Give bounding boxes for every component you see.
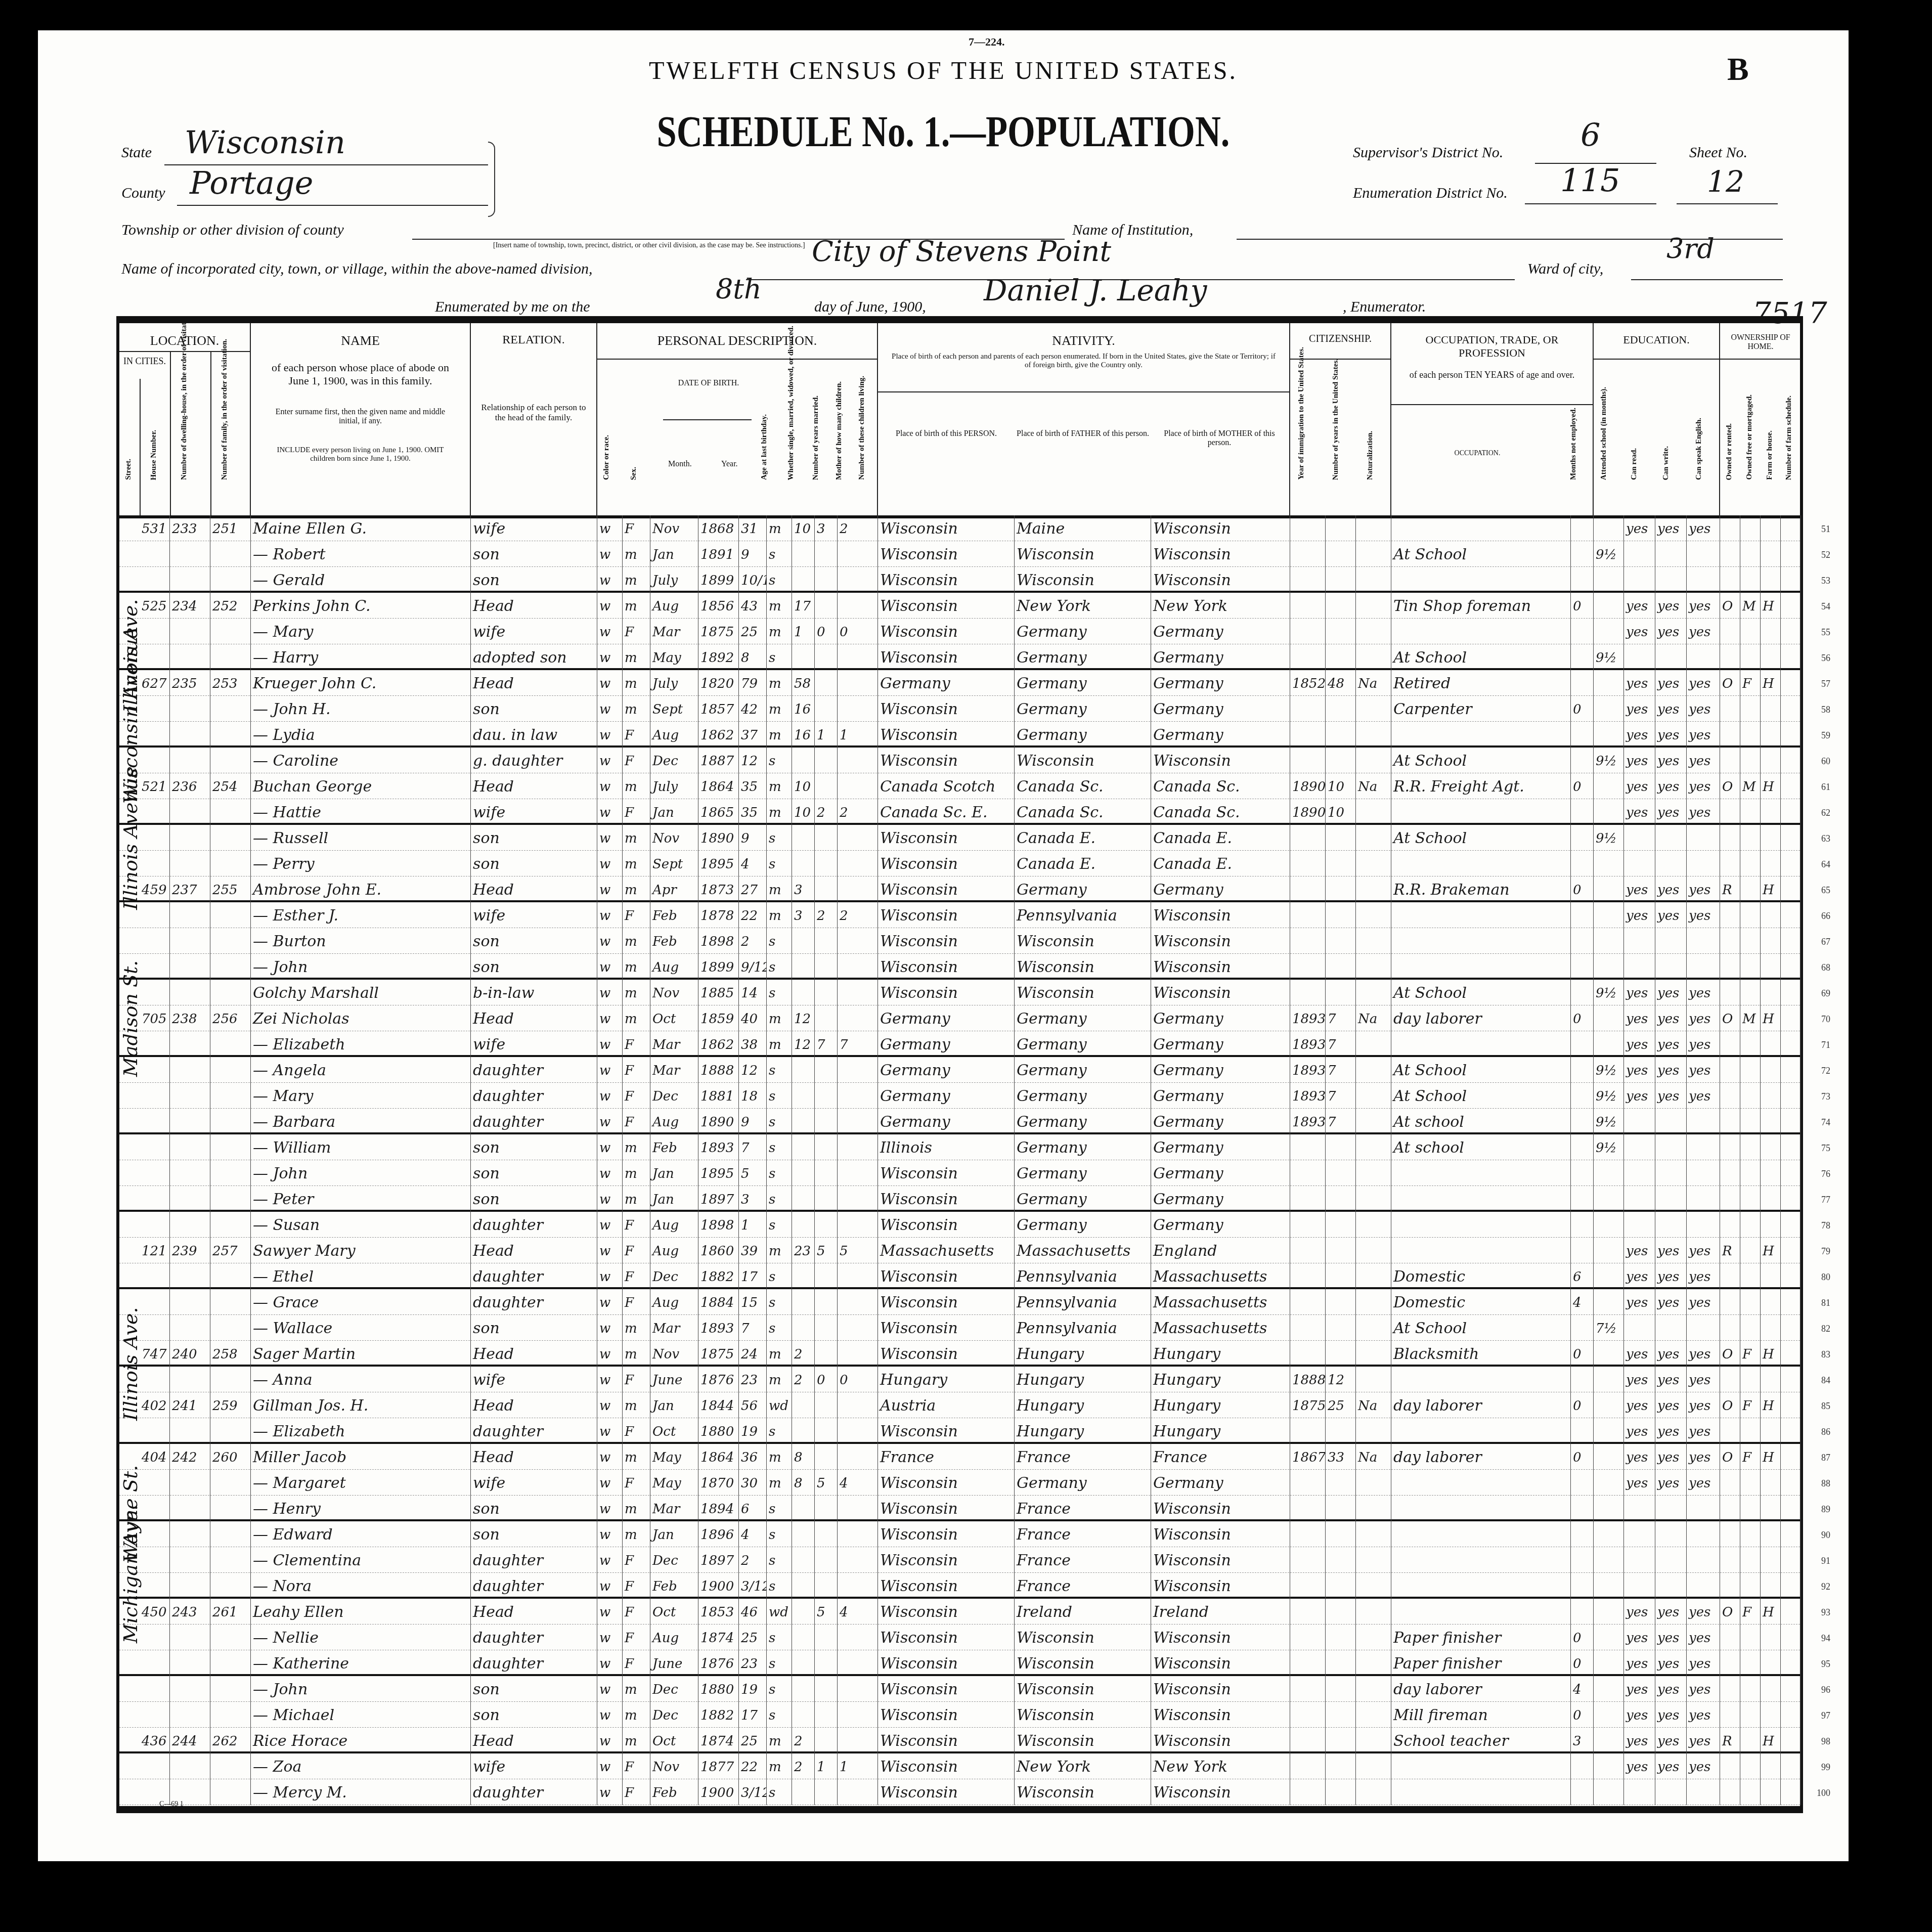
cell-nat xyxy=(1356,696,1391,722)
cell-farm: H xyxy=(1761,1392,1781,1418)
table-row: 83747240258Sager MartinHeadwmNov187524m2… xyxy=(119,1341,1800,1367)
cell-occupation xyxy=(1391,954,1571,980)
cell-dwelling xyxy=(170,799,210,825)
cell-name: — Elizabeth xyxy=(251,1031,471,1057)
cell-color: w xyxy=(597,1470,623,1496)
cell-color: w xyxy=(597,1315,623,1341)
cell-own xyxy=(1720,1083,1740,1109)
line-number: 74 xyxy=(1821,1109,1830,1136)
cell-yrs-us: 7 xyxy=(1326,1031,1356,1057)
cell-occupation: day laborer xyxy=(1391,1392,1571,1418)
cell-pob: Wisconsin xyxy=(878,851,1015,876)
cell-relation: daughter xyxy=(471,1057,597,1083)
cell-pob-father: Germany xyxy=(1015,670,1151,696)
cell-immig xyxy=(1290,1650,1326,1676)
cell-dwelling xyxy=(170,619,210,644)
cell-name: — Margaret xyxy=(251,1470,471,1496)
cell-dwelling: 237 xyxy=(170,876,210,902)
cell-nat xyxy=(1356,541,1391,567)
cell-year: 1885 xyxy=(698,980,739,1005)
cell-write: yes xyxy=(1655,1057,1687,1083)
cell-relation: wife xyxy=(471,515,597,541)
cell-mort xyxy=(1740,1650,1761,1676)
cell-color: w xyxy=(597,1392,623,1418)
cell-write xyxy=(1655,1212,1687,1238)
cell-yrs-married: 2 xyxy=(792,1341,815,1367)
cell-living xyxy=(838,1676,878,1702)
header-nativity: NATIVITY. Place of birth of each person … xyxy=(878,323,1290,515)
cell-pob-father: Germany xyxy=(1015,1109,1151,1134)
cell-yrs-married xyxy=(792,825,815,851)
cell-name: — Michael xyxy=(251,1702,471,1728)
cell-pob: Wisconsin xyxy=(878,1470,1015,1496)
table-row: 65459237255Ambrose John E.HeadwmApr18732… xyxy=(119,876,1800,902)
cell-pob-father: Germany xyxy=(1015,1083,1151,1109)
cell-house xyxy=(140,1160,170,1186)
census-sheet: 7—224. TWELFTH CENSUS OF THE UNITED STAT… xyxy=(38,30,1849,1861)
cell-unemp xyxy=(1571,1238,1594,1263)
cell-marital: s xyxy=(767,1212,792,1238)
cell-yrs-married xyxy=(792,644,815,670)
cell-yrs-us xyxy=(1326,1779,1356,1805)
cell-own xyxy=(1720,722,1740,748)
cell-pob: Wisconsin xyxy=(878,1341,1015,1367)
cell-color: w xyxy=(597,1083,623,1109)
sheet-letter: B xyxy=(1727,51,1749,88)
table-row: 69Golchy Marshallb-in-lawwmNov188514sWis… xyxy=(119,980,1800,1005)
cell-name: Golchy Marshall xyxy=(251,980,471,1005)
cell-occupation xyxy=(1391,1186,1571,1212)
cell-marital: s xyxy=(767,1702,792,1728)
cell-farm xyxy=(1761,696,1781,722)
cell-school xyxy=(1594,1418,1624,1444)
cell-marital: s xyxy=(767,644,792,670)
cell-pob-mother: France xyxy=(1151,1444,1290,1470)
cell-pob: Wisconsin xyxy=(878,1521,1015,1547)
cell-mort xyxy=(1740,1496,1761,1521)
cell-pob-father: Germany xyxy=(1015,619,1151,644)
cell-mort xyxy=(1740,1057,1761,1083)
cell-house xyxy=(140,541,170,567)
cell-relation: son xyxy=(471,1676,597,1702)
cell-pob-mother: Wisconsin xyxy=(1151,980,1290,1005)
cell-month: July xyxy=(650,773,698,799)
cell-speak: yes xyxy=(1687,1676,1720,1702)
cell-speak: yes xyxy=(1687,1031,1720,1057)
cell-school xyxy=(1594,851,1624,876)
cell-pob: Wisconsin xyxy=(878,1547,1015,1573)
cell-write: yes xyxy=(1655,1676,1687,1702)
cell-yrs-us xyxy=(1326,644,1356,670)
cell-pob: Wisconsin xyxy=(878,1779,1015,1805)
cell-occupation: At School xyxy=(1391,980,1571,1005)
cell-occupation: School teacher xyxy=(1391,1728,1571,1753)
cell-family xyxy=(210,1263,251,1289)
cell-unemp xyxy=(1571,670,1594,696)
cell-house: 747 xyxy=(140,1341,170,1367)
cell-family xyxy=(210,1702,251,1728)
cell-mother-of xyxy=(815,1444,838,1470)
cell-dwelling: 239 xyxy=(170,1238,210,1263)
cell-nat xyxy=(1356,1702,1391,1728)
cell-unemp: 3 xyxy=(1571,1728,1594,1753)
cell-immig xyxy=(1290,1496,1326,1521)
line-number: 87 xyxy=(1821,1444,1830,1471)
cell-speak xyxy=(1687,1779,1720,1805)
cell-mother-of xyxy=(815,696,838,722)
cell-yrs-us: 7 xyxy=(1326,1057,1356,1083)
cell-year: 1890 xyxy=(698,1109,739,1134)
cell-year: 1895 xyxy=(698,851,739,876)
cell-age: 36 xyxy=(739,1444,767,1470)
cell-pob-mother: New York xyxy=(1151,593,1290,619)
cell-living xyxy=(838,851,878,876)
cell-farm xyxy=(1761,1212,1781,1238)
cell-mort xyxy=(1740,980,1761,1005)
cell-name: — Susan xyxy=(251,1212,471,1238)
cell-color: w xyxy=(597,1728,623,1753)
cell-yrs-us: 10 xyxy=(1326,799,1356,825)
cell-dwelling: 241 xyxy=(170,1392,210,1418)
cell-mother-of xyxy=(815,593,838,619)
cell-marital: s xyxy=(767,825,792,851)
table-row: 56— Harryadopted sonwmMay18928sWisconsin… xyxy=(119,644,1800,670)
cell-marital: m xyxy=(767,515,792,541)
cell-family xyxy=(210,1109,251,1134)
cell-pob-mother: Germany xyxy=(1151,1005,1290,1031)
cell-yrs-us xyxy=(1326,1676,1356,1702)
cell-house xyxy=(140,1083,170,1109)
cell-relation: son xyxy=(471,928,597,954)
cell-color: w xyxy=(597,670,623,696)
cell-dwelling: 242 xyxy=(170,1444,210,1470)
line-number: 69 xyxy=(1821,980,1830,1007)
cell-nat xyxy=(1356,1496,1391,1521)
table-row: 64— PerrysonwmSept18954sWisconsinCanada … xyxy=(119,851,1800,876)
cell-read: yes xyxy=(1624,1599,1655,1624)
cell-sched xyxy=(1781,1418,1801,1444)
cell-age: 25 xyxy=(739,1624,767,1650)
cell-occupation: At school xyxy=(1391,1109,1571,1134)
cell-name: Sawyer Mary xyxy=(251,1238,471,1263)
cell-read xyxy=(1624,928,1655,954)
cell-write: yes xyxy=(1655,1083,1687,1109)
cell-own xyxy=(1720,1702,1740,1728)
cell-immig xyxy=(1290,619,1326,644)
cell-yrs-married xyxy=(792,1573,815,1599)
cell-farm xyxy=(1761,1521,1781,1547)
cell-farm xyxy=(1761,1573,1781,1599)
cell-own: O xyxy=(1720,1341,1740,1367)
cell-mort xyxy=(1740,1728,1761,1753)
table-row: 93450243261Leahy EllenHeadwFOct185346wd5… xyxy=(119,1599,1800,1624)
cell-color: w xyxy=(597,1186,623,1212)
cell-pob-mother: Ireland xyxy=(1151,1599,1290,1624)
cell-write: yes xyxy=(1655,1470,1687,1496)
cell-name: — Clementina xyxy=(251,1547,471,1573)
cell-yrs-us xyxy=(1326,1650,1356,1676)
cell-sched xyxy=(1781,825,1801,851)
cell-farm xyxy=(1761,1134,1781,1160)
cell-speak: yes xyxy=(1687,1238,1720,1263)
cell-sched xyxy=(1781,1624,1801,1650)
line-number: 80 xyxy=(1821,1263,1830,1291)
cell-relation: wife xyxy=(471,1367,597,1392)
cell-name: Perkins John C. xyxy=(251,593,471,619)
cell-marital: s xyxy=(767,1186,792,1212)
cell-mother-of xyxy=(815,1676,838,1702)
cell-pob: Germany xyxy=(878,1057,1015,1083)
cell-sched xyxy=(1781,1676,1801,1702)
cell-living xyxy=(838,1212,878,1238)
cell-mort xyxy=(1740,1753,1761,1779)
cell-relation: Head xyxy=(471,1444,597,1470)
cell-occupation: day laborer xyxy=(1391,1676,1571,1702)
cell-living xyxy=(838,1083,878,1109)
cell-nat xyxy=(1356,902,1391,928)
cell-unemp: 6 xyxy=(1571,1263,1594,1289)
cell-yrs-married: 1 xyxy=(792,619,815,644)
table-row: 76— JohnsonwmJan18955sWisconsinGermanyGe… xyxy=(119,1160,1800,1186)
cell-school xyxy=(1594,1521,1624,1547)
cell-school xyxy=(1594,902,1624,928)
cell-unemp xyxy=(1571,722,1594,748)
cell-read: yes xyxy=(1624,1624,1655,1650)
cell-mother-of: 5 xyxy=(815,1599,838,1624)
cell-occupation xyxy=(1391,1031,1571,1057)
cell-occupation: day laborer xyxy=(1391,1444,1571,1470)
cell-read: yes xyxy=(1624,1418,1655,1444)
cell-farm xyxy=(1761,722,1781,748)
cell-speak: yes xyxy=(1687,980,1720,1005)
cell-family xyxy=(210,1031,251,1057)
cell-pob-mother: England xyxy=(1151,1238,1290,1263)
cell-sched xyxy=(1781,1367,1801,1392)
cell-pob-father: France xyxy=(1015,1547,1151,1573)
cell-yrs-married: 2 xyxy=(792,1753,815,1779)
header-relation: RELATION. Relationship of each person to… xyxy=(471,323,597,515)
cell-house xyxy=(140,1057,170,1083)
cell-mort xyxy=(1740,1470,1761,1496)
cell-family xyxy=(210,1573,251,1599)
cell-family xyxy=(210,1624,251,1650)
cell-occupation xyxy=(1391,1496,1571,1521)
cell-immig xyxy=(1290,1753,1326,1779)
cell-sex: F xyxy=(623,1083,650,1109)
cell-speak: yes xyxy=(1687,1005,1720,1031)
line-number: 51 xyxy=(1821,515,1830,543)
cell-marital: m xyxy=(767,773,792,799)
cell-year: 1880 xyxy=(698,1676,739,1702)
cell-immig xyxy=(1290,1186,1326,1212)
cell-age: 35 xyxy=(739,773,767,799)
cell-farm: H xyxy=(1761,773,1781,799)
cell-speak: yes xyxy=(1687,1702,1720,1728)
cell-farm: H xyxy=(1761,1005,1781,1031)
cell-farm xyxy=(1761,748,1781,773)
cell-yrs-married: 2 xyxy=(792,1728,815,1753)
cell-read: yes xyxy=(1624,1367,1655,1392)
cell-sched xyxy=(1781,1031,1801,1057)
cell-nat xyxy=(1356,1160,1391,1186)
cell-yrs-us xyxy=(1326,515,1356,541)
cell-house xyxy=(140,1547,170,1573)
cell-sched xyxy=(1781,1547,1801,1573)
cell-pob-father: Germany xyxy=(1015,696,1151,722)
cell-school xyxy=(1594,1212,1624,1238)
cell-family xyxy=(210,1470,251,1496)
cell-marital: s xyxy=(767,748,792,773)
cell-unemp: 0 xyxy=(1571,1624,1594,1650)
table-row: 90— EdwardsonwmJan18964sWisconsinFranceW… xyxy=(119,1521,1800,1547)
cell-color: w xyxy=(597,1134,623,1160)
cell-month: Mar xyxy=(650,1057,698,1083)
cell-year: 1857 xyxy=(698,696,739,722)
cell-speak xyxy=(1687,928,1720,954)
cell-speak xyxy=(1687,851,1720,876)
cell-yrs-us xyxy=(1326,1521,1356,1547)
cell-write: yes xyxy=(1655,1444,1687,1470)
cell-mort xyxy=(1740,1779,1761,1805)
cell-pob-father: Pennsylvania xyxy=(1015,1263,1151,1289)
cell-house xyxy=(140,1573,170,1599)
cell-marital: s xyxy=(767,1650,792,1676)
cell-pob-mother: Hungary xyxy=(1151,1367,1290,1392)
cell-age: 9/12 xyxy=(739,954,767,980)
cell-own xyxy=(1720,1547,1740,1573)
line-number: 67 xyxy=(1821,928,1830,955)
cell-read: yes xyxy=(1624,1289,1655,1315)
table-row: 63— RussellsonwmNov18909sWisconsinCanada… xyxy=(119,825,1800,851)
cell-write: yes xyxy=(1655,1341,1687,1367)
cell-pob-mother: Massachusetts xyxy=(1151,1289,1290,1315)
cell-sched xyxy=(1781,1212,1801,1238)
cell-color: w xyxy=(597,1057,623,1083)
cell-mother-of xyxy=(815,644,838,670)
cell-unemp xyxy=(1571,799,1594,825)
cell-farm xyxy=(1761,902,1781,928)
cell-read: yes xyxy=(1624,1728,1655,1753)
cell-age: 2 xyxy=(739,928,767,954)
cell-nat xyxy=(1356,1263,1391,1289)
cell-farm: H xyxy=(1761,1728,1781,1753)
cell-unemp xyxy=(1571,1779,1594,1805)
cell-own: O xyxy=(1720,1005,1740,1031)
cell-sex: F xyxy=(623,1547,650,1573)
cell-school xyxy=(1594,619,1624,644)
cell-pob-father: Pennsylvania xyxy=(1015,902,1151,928)
cell-pob: Wisconsin xyxy=(878,541,1015,567)
cell-house xyxy=(140,1289,170,1315)
cell-marital: m xyxy=(767,1341,792,1367)
cell-yrs-us xyxy=(1326,1160,1356,1186)
cell-write xyxy=(1655,541,1687,567)
cell-color: w xyxy=(597,644,623,670)
cell-unemp: 0 xyxy=(1571,1702,1594,1728)
cell-occupation: Tin Shop foreman xyxy=(1391,593,1571,619)
cell-marital: s xyxy=(767,1109,792,1134)
cell-age: 14 xyxy=(739,980,767,1005)
cell-marital: m xyxy=(767,722,792,748)
cell-living: 5 xyxy=(838,1238,878,1263)
cell-dwelling xyxy=(170,1289,210,1315)
cell-color: w xyxy=(597,825,623,851)
cell-pob-father: Germany xyxy=(1015,1057,1151,1083)
cell-own xyxy=(1720,567,1740,593)
cell-immig: 1890 xyxy=(1290,799,1326,825)
cell-age: 40 xyxy=(739,1005,767,1031)
cell-mort xyxy=(1740,1418,1761,1444)
cell-read: yes xyxy=(1624,1083,1655,1109)
cell-living xyxy=(838,1392,878,1418)
cell-mother-of: 5 xyxy=(815,1238,838,1263)
cell-family: 258 xyxy=(210,1341,251,1367)
cell-color: w xyxy=(597,515,623,541)
cell-farm xyxy=(1761,1289,1781,1315)
cell-mort: F xyxy=(1740,1341,1761,1367)
cell-occupation: Carpenter xyxy=(1391,696,1571,722)
cell-living: 0 xyxy=(838,619,878,644)
cell-mort xyxy=(1740,1547,1761,1573)
cell-school xyxy=(1594,593,1624,619)
cell-pob-father: France xyxy=(1015,1496,1151,1521)
cell-name: — Henry xyxy=(251,1496,471,1521)
cell-yrs-us xyxy=(1326,722,1356,748)
cell-house xyxy=(140,1212,170,1238)
cell-immig xyxy=(1290,1238,1326,1263)
cell-mother-of xyxy=(815,541,838,567)
cell-living xyxy=(838,593,878,619)
cell-occupation xyxy=(1391,1238,1571,1263)
cell-pob: Wisconsin xyxy=(878,1315,1015,1341)
header-occupation: OCCUPATION, TRADE, OR PROFESSION of each… xyxy=(1391,323,1594,515)
cell-yrs-us: 7 xyxy=(1326,1109,1356,1134)
cell-pob-father: Wisconsin xyxy=(1015,1624,1151,1650)
cell-nat xyxy=(1356,1650,1391,1676)
cell-sched xyxy=(1781,619,1801,644)
table-row: 92— NoradaughterwFFeb19003/12sWisconsinF… xyxy=(119,1573,1800,1599)
table-row: 84— AnnawifewFJune187623m200HungaryHunga… xyxy=(119,1367,1800,1392)
cell-own xyxy=(1720,825,1740,851)
cell-own xyxy=(1720,696,1740,722)
cell-living xyxy=(838,567,878,593)
cell-age: 22 xyxy=(739,1753,767,1779)
cell-month: Jan xyxy=(650,799,698,825)
cell-sex: F xyxy=(623,1779,650,1805)
line-number: 76 xyxy=(1821,1160,1830,1188)
cell-mother-of xyxy=(815,876,838,902)
cell-name: — John xyxy=(251,1160,471,1186)
cell-pob: Wisconsin xyxy=(878,1418,1015,1444)
cell-school xyxy=(1594,722,1624,748)
cell-read xyxy=(1624,567,1655,593)
cell-school xyxy=(1594,1753,1624,1779)
cell-school xyxy=(1594,1444,1624,1470)
cell-sched xyxy=(1781,593,1801,619)
cell-family xyxy=(210,722,251,748)
cell-pob-father: Germany xyxy=(1015,644,1151,670)
cell-farm xyxy=(1761,1160,1781,1186)
cell-age: 19 xyxy=(739,1418,767,1444)
cell-name: — Katherine xyxy=(251,1650,471,1676)
cell-dwelling xyxy=(170,1418,210,1444)
cell-marital: s xyxy=(767,1676,792,1702)
cell-yrs-us xyxy=(1326,593,1356,619)
cell-color: w xyxy=(597,1599,623,1624)
cell-read: yes xyxy=(1624,799,1655,825)
cell-mort: M xyxy=(1740,1005,1761,1031)
cell-read xyxy=(1624,1779,1655,1805)
